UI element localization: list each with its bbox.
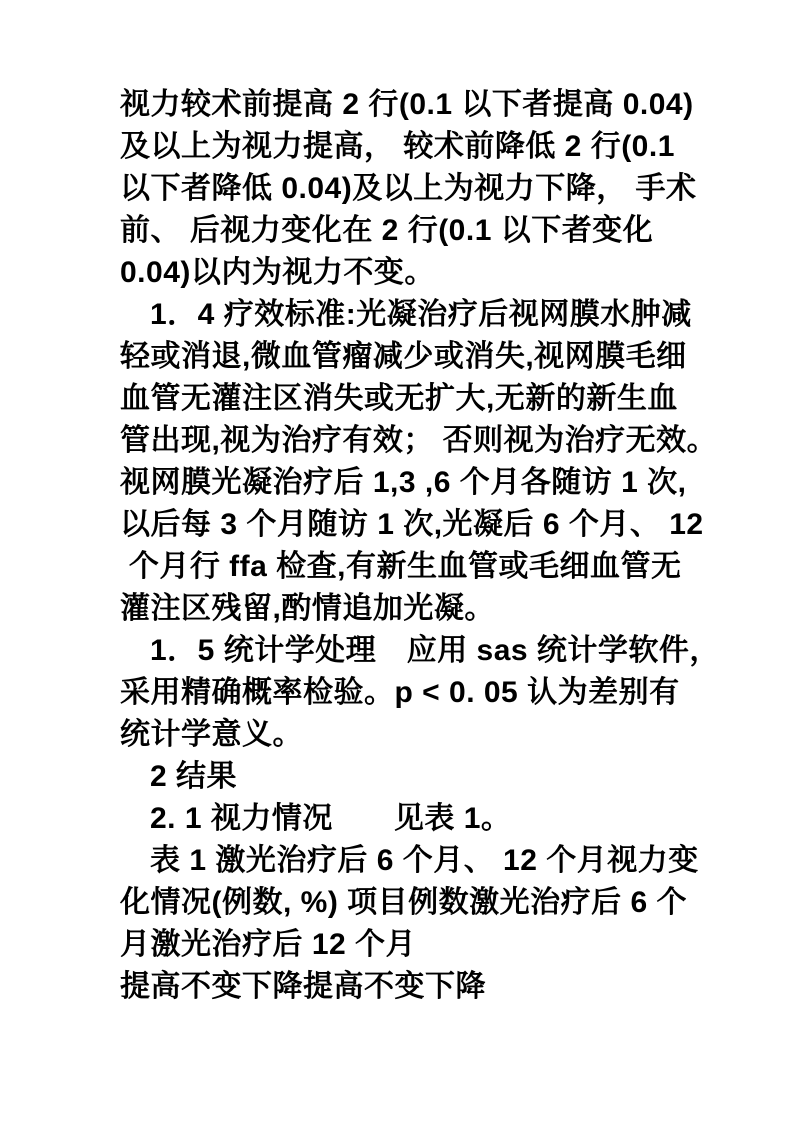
text-line: 采用精确概率检验。p < 0. 05 认为差别有 [120, 672, 720, 714]
text-line: 以下者降低 0.04)及以上为视力下降， 手术 [120, 168, 720, 210]
text-line: 前、 后视力变化在 2 行(0.1 以下者变化 [120, 210, 720, 252]
text-line: 以后每 3 个月随访 1 次,光凝后 6 个月、 12 [120, 504, 720, 546]
text-line: 血管无灌注区消失或无扩大,无新的新生血 [120, 378, 720, 420]
text-line: 视网膜光凝治疗后 1,3 ,6 个月各随访 1 次, [120, 462, 720, 504]
document-page: 视力较术前提高 2 行(0.1 以下者提高 0.04) 及以上为视力提高， 较术… [0, 0, 800, 1132]
text-line: 表 1 激光治疗后 6 个月、 12 个月视力变 [120, 840, 720, 882]
text-line: 视力较术前提高 2 行(0.1 以下者提高 0.04) [120, 84, 720, 126]
text-line: 统计学意义。 [120, 714, 720, 756]
text-line: 个月行 ffa 检查,有新生血管或毛细血管无 [120, 546, 720, 588]
text-line: 2 结果 [120, 756, 720, 798]
text-line: 1．5 统计学处理 应用 sas 统计学软件， [120, 630, 720, 672]
document-body: 视力较术前提高 2 行(0.1 以下者提高 0.04) 及以上为视力提高， 较术… [120, 84, 720, 1008]
text-line: 月激光治疗后 12 个月 [120, 924, 720, 966]
text-line: 管出现,视为治疗有效； 否则视为治疗无效。 [120, 420, 720, 462]
text-line: 0.04)以内为视力不变。 [120, 252, 720, 294]
text-line: 轻或消退,微血管瘤减少或消失,视网膜毛细 [120, 336, 720, 378]
text-line: 2. 1 视力情况 见表 1。 [120, 798, 720, 840]
text-line: 提高不变下降提高不变下降 [120, 966, 720, 1008]
text-line: 灌注区残留,酌情追加光凝。 [120, 588, 720, 630]
text-line: 1．4 疗效标准:光凝治疗后视网膜水肿减 [120, 294, 720, 336]
text-line: 化情况(例数, %) 项目例数激光治疗后 6 个 [120, 882, 720, 924]
text-line: 及以上为视力提高， 较术前降低 2 行(0.1 [120, 126, 720, 168]
